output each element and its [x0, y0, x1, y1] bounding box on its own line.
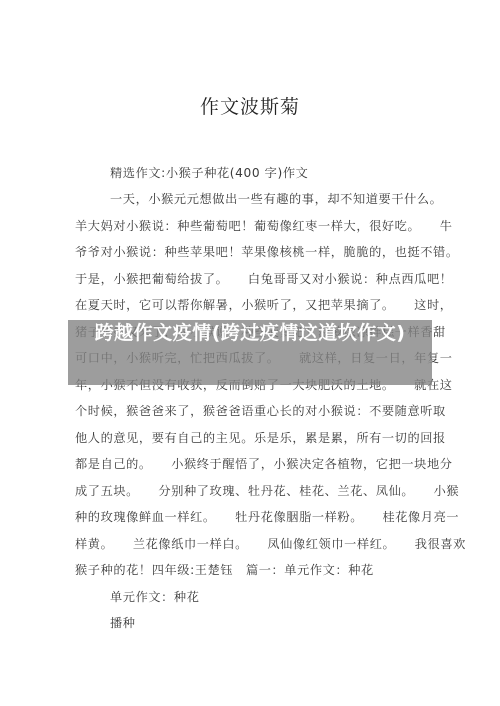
body-line: 种的玫瑰像鲜血一样红。 牡丹花像胭脂一样粉。 桂花像月亮一 — [75, 510, 459, 524]
body-line: 他人的意见，要有自己的主见。乐是乐，累是累，所有一切的回报 — [75, 431, 446, 445]
body-line: 播种 — [110, 616, 136, 630]
banner-title: 跨越作文疫情(跨过疫情这道坎作文) — [68, 322, 432, 345]
body-line: 一天，小猴元元想做出一些有趣的事，却不知道要干什么。 — [110, 192, 442, 206]
body-line: 都是自己的。 小猴终于醒悟了，小猴决定各植物，它把一块地分 — [75, 457, 453, 471]
body-line: 爷爷对小猴说：种些苹果吧！苹果像核桃一样，脆脆的，也挺不错。 — [75, 245, 459, 259]
body-line: 单元作文：种花 — [110, 590, 200, 604]
body-line: 个时候，猴爸爸来了，猴爸爸语重心长的对小猴说：不要随意听取 — [75, 404, 446, 418]
body-line: 于是，小猴把葡萄给拔了。 白兔哥哥又对小猴说：种点西瓜吧！ — [75, 272, 453, 286]
body-line: 成了五块。 分别种了玫瑰、牡丹花、桂花、兰花、凤仙。 小猴 — [75, 484, 459, 498]
body-line: 猴子种的花！四年级:王楚钰 篇一：单元作文：种花 — [75, 563, 374, 577]
document-title: 作文波斯菊 — [0, 92, 500, 119]
body-line: 在夏天时，它可以帮你解暑，小猴听了，又把苹果摘了。 这时， — [75, 298, 453, 312]
body-line: 羊大妈对小猴说：种些葡萄吧！葡萄像红枣一样大，很好吃。 牛 — [75, 219, 453, 233]
body-line: 样黄。 兰花像纸巾一样白。 凤仙像红领巾一样红。 我很喜欢 — [75, 537, 466, 551]
body-line: 精选作文:小猴子种花(400 字)作文 — [110, 166, 308, 180]
